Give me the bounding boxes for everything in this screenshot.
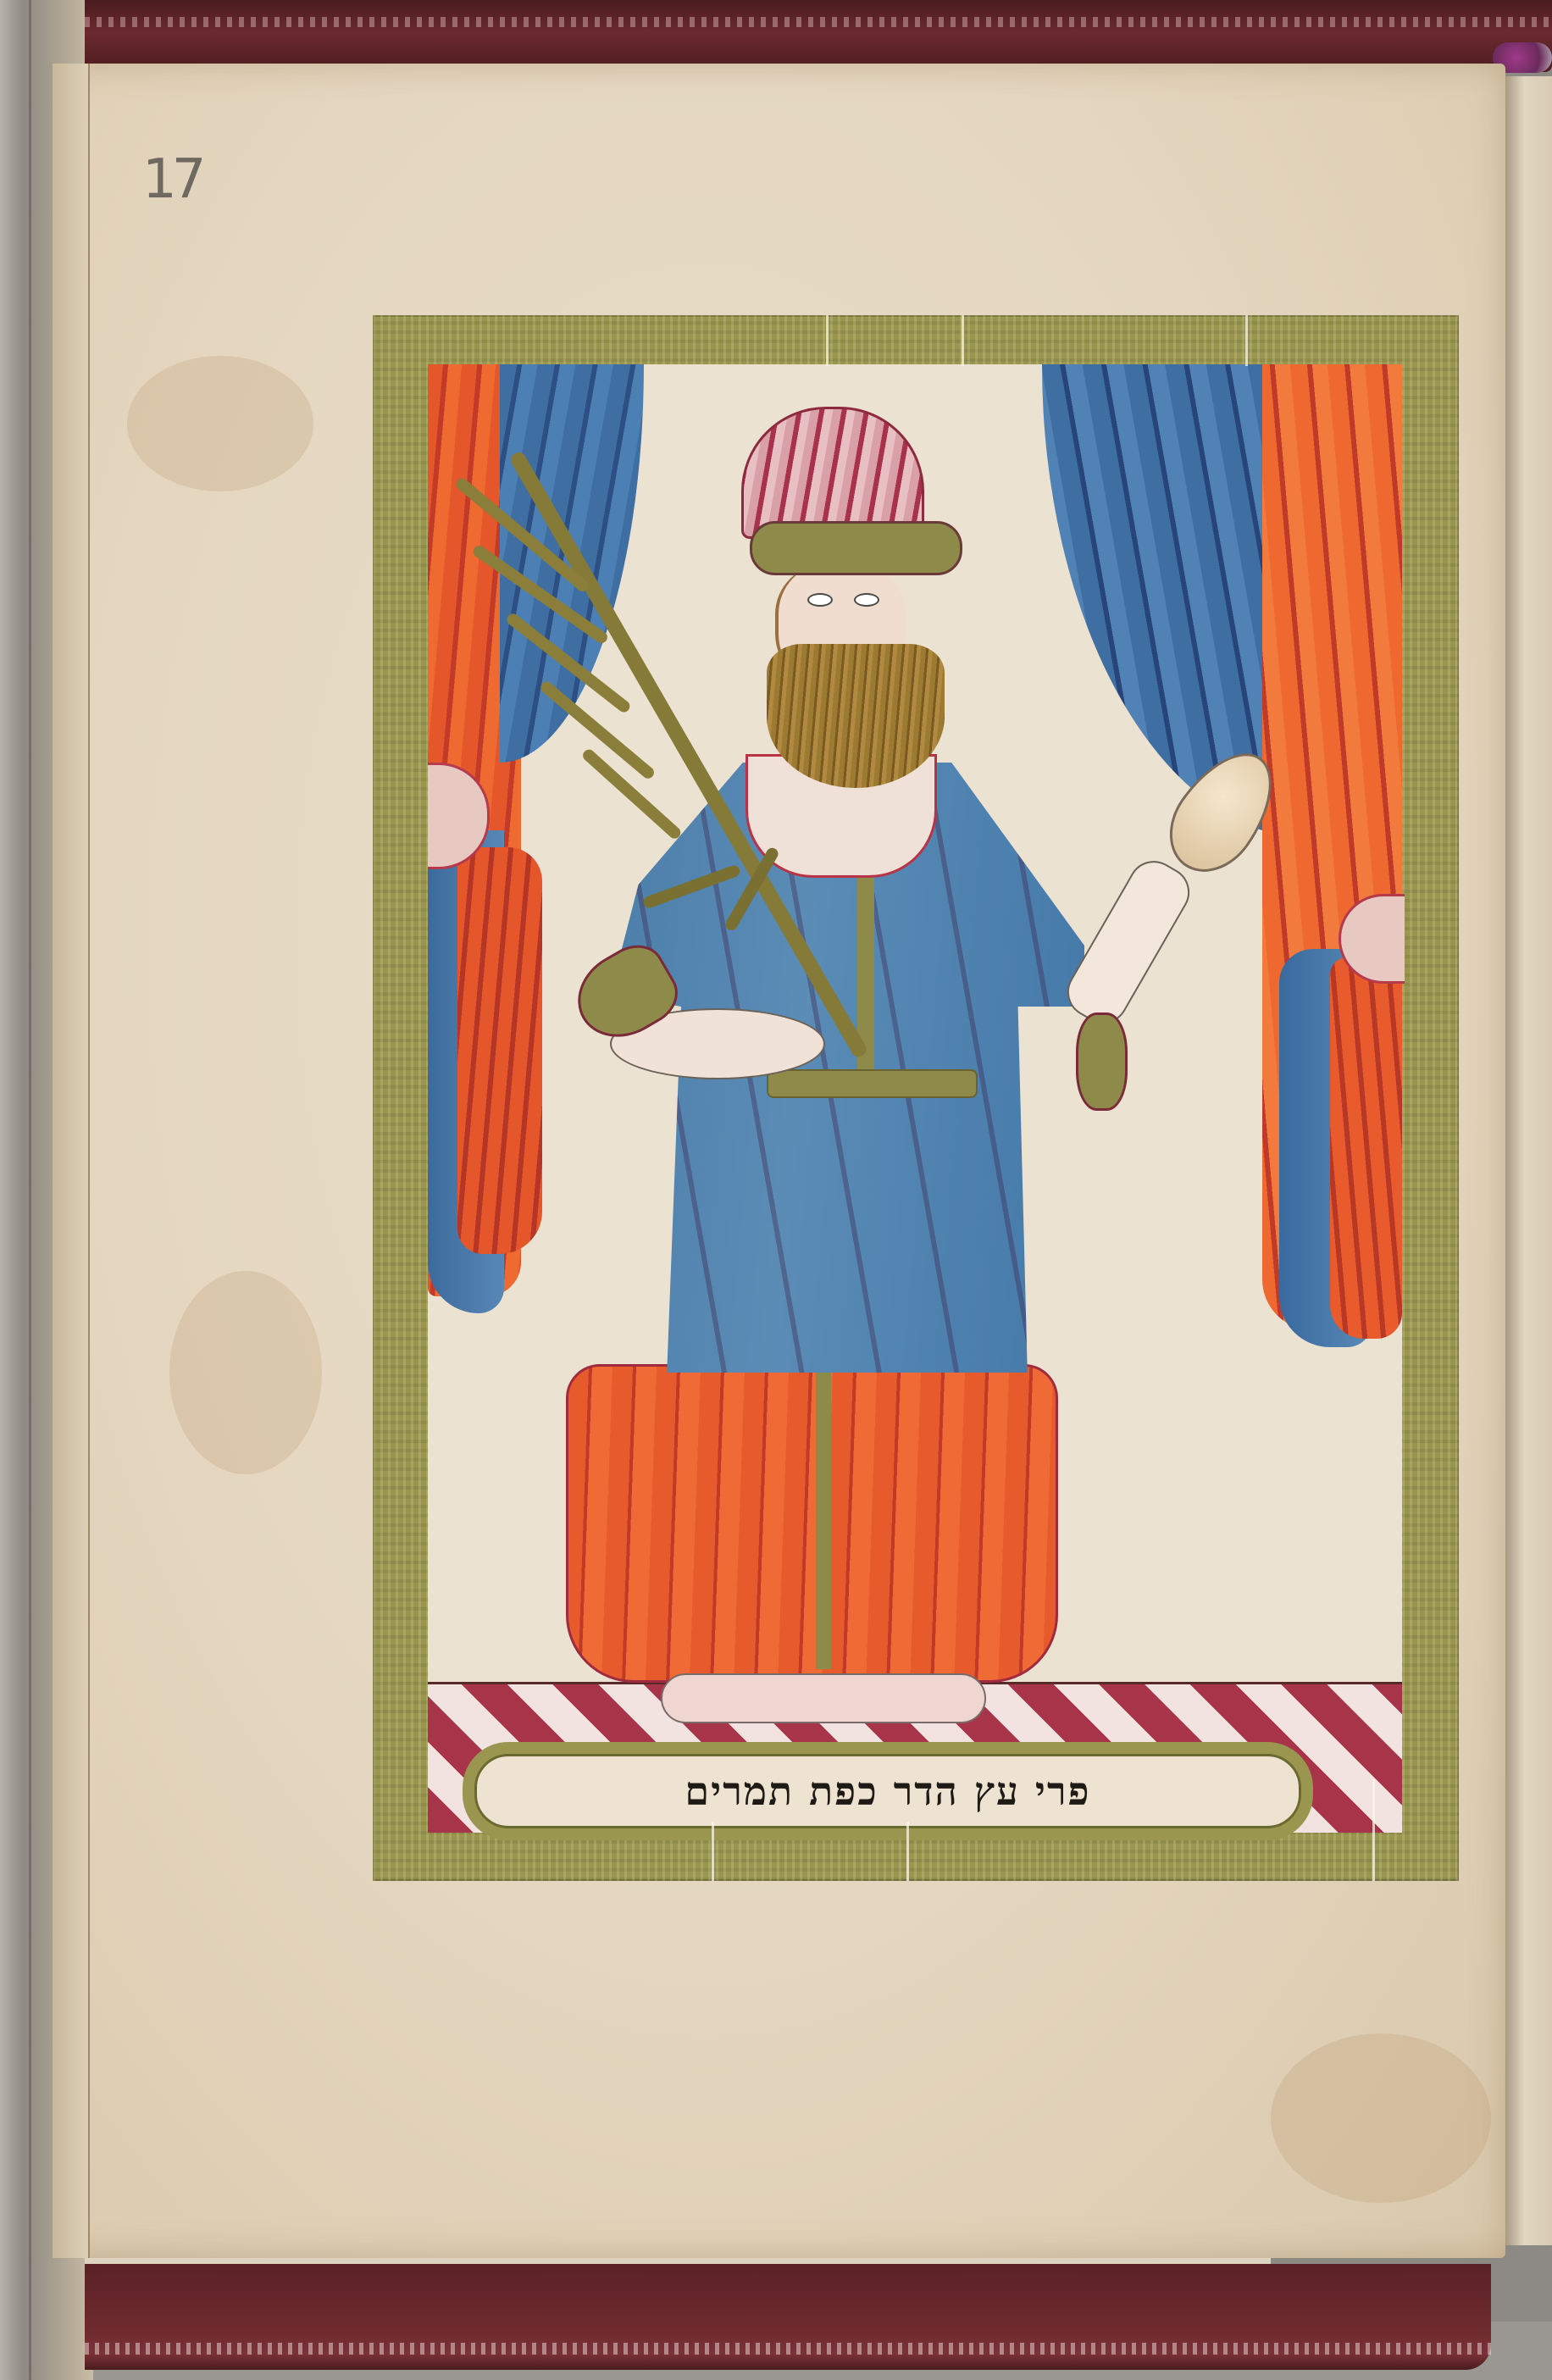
paper-crack bbox=[712, 1822, 714, 1881]
paper-stain bbox=[127, 356, 313, 491]
figure-eye bbox=[854, 593, 879, 607]
leather-binding-top bbox=[85, 0, 1552, 72]
sleeve-seam bbox=[29, 0, 31, 2380]
right-sleeve-cuff bbox=[1076, 1012, 1128, 1111]
caption-banner: פרי עץ הדר כפת תמרים bbox=[474, 1754, 1301, 1828]
paper-crack bbox=[1245, 315, 1248, 366]
paper-stain bbox=[1271, 2033, 1491, 2203]
paper-crack bbox=[826, 315, 829, 366]
paper-crack bbox=[962, 315, 964, 366]
paper-crack bbox=[1372, 1779, 1375, 1881]
paper-stain bbox=[169, 1271, 322, 1474]
figure-feet bbox=[661, 1673, 986, 1723]
caption-text: פרי עץ הדר כפת תמרים bbox=[685, 1768, 1090, 1814]
right-curtain-lower-orange bbox=[1330, 957, 1402, 1339]
figure-orange-skirt bbox=[566, 1364, 1058, 1683]
figure-beard bbox=[767, 644, 945, 788]
adjacent-page-edge bbox=[1505, 76, 1552, 2245]
page-gutter-fold bbox=[53, 64, 90, 2258]
folio-number: 17 bbox=[142, 148, 201, 211]
left-curtain-lower-orange bbox=[457, 847, 542, 1254]
skirt-seam bbox=[816, 1373, 831, 1669]
figure-hat-band bbox=[750, 521, 962, 575]
figure-eye bbox=[807, 593, 833, 607]
robe-belt bbox=[767, 1069, 978, 1098]
paper-crack bbox=[906, 1822, 909, 1881]
leather-binding-bottom bbox=[85, 2264, 1491, 2370]
